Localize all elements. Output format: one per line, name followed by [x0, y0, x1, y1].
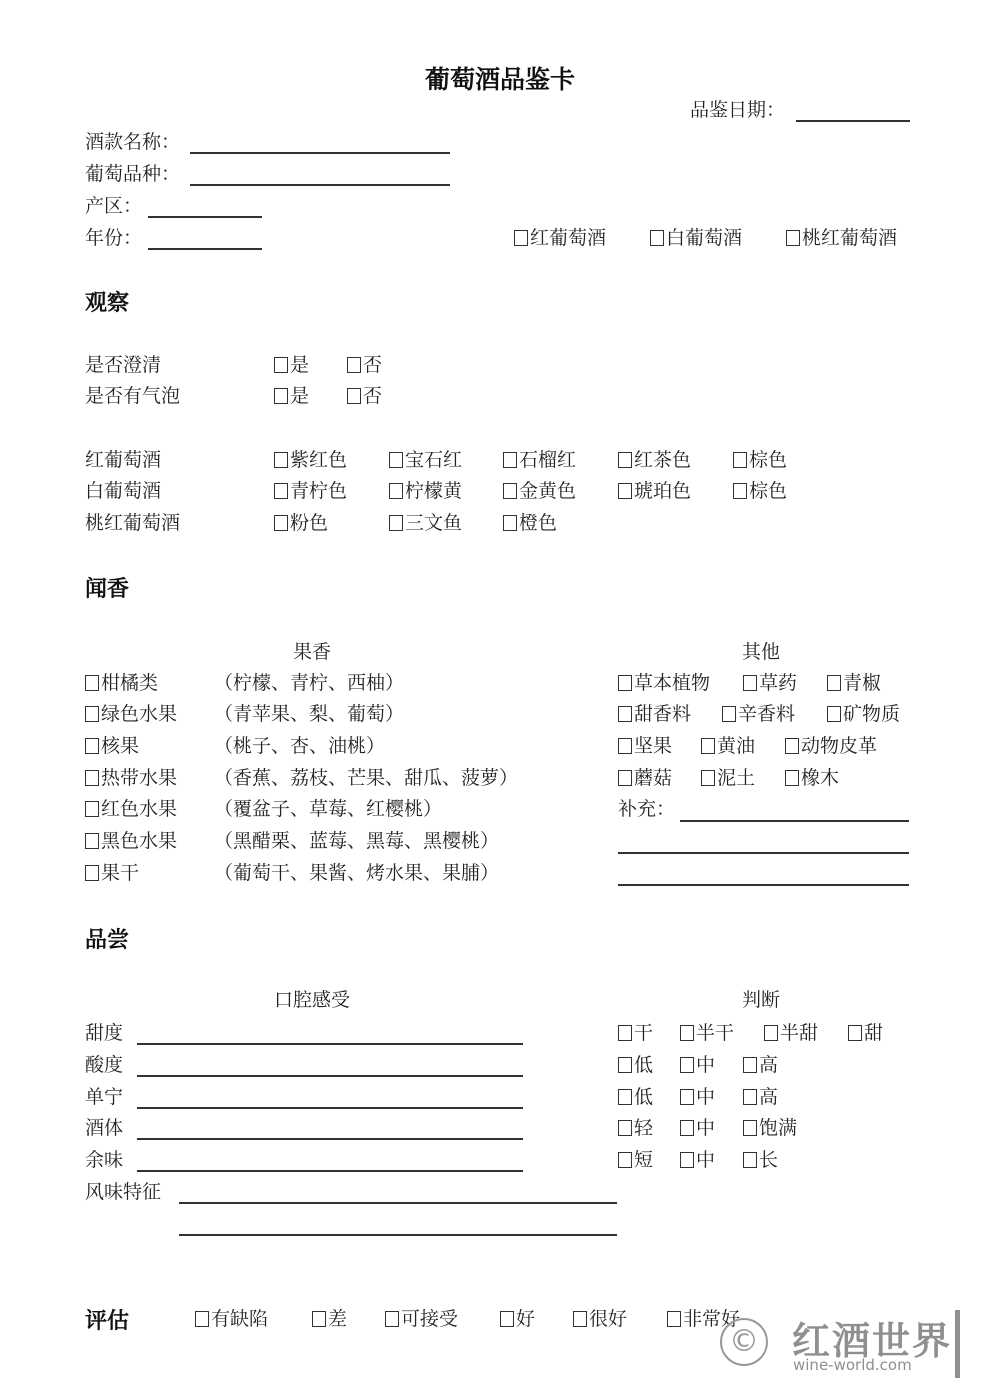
red-wine-color-label: 红葡萄酒 [85, 448, 161, 472]
checkbox-other-aroma[interactable]: 橡木 [785, 766, 839, 790]
other-aroma-title: 其他 [742, 640, 780, 664]
white-wine-color-label: 白葡萄酒 [85, 479, 161, 503]
checkbox-body-option[interactable]: 中 [680, 1116, 715, 1140]
checkbox-icon [722, 706, 736, 722]
supplement-field-1[interactable] [680, 820, 909, 822]
checkbox-other-aroma[interactable]: 辛香料 [722, 702, 795, 726]
checkbox-icon [785, 770, 799, 786]
checkbox-color-option[interactable]: 橙色 [503, 511, 557, 535]
checkbox-icon [785, 738, 799, 754]
checkbox-assess-option[interactable]: 有缺陷 [195, 1307, 268, 1331]
region-label: 产区： [85, 194, 142, 218]
checkbox-icon [618, 1089, 632, 1105]
watermark-bar [955, 1310, 960, 1378]
checkbox-icon [274, 452, 288, 468]
fruit-examples: （香蕉、荔枝、芒果、甜瓜、菠萝） [214, 766, 518, 790]
checkbox-color-option[interactable]: 紫红色 [274, 448, 347, 472]
checkbox-icon [764, 1025, 778, 1041]
sweetness-field[interactable] [137, 1043, 523, 1045]
tannin-label: 单宁 [85, 1085, 123, 1109]
tasting-date-field[interactable] [796, 120, 910, 122]
checkbox-color-option[interactable]: 三文鱼 [389, 511, 462, 535]
checkbox-fruit-category[interactable]: 红色水果 [85, 797, 177, 821]
checkbox-fruit-category[interactable]: 核果 [85, 734, 139, 758]
mouthfeel-title: 口腔感受 [274, 988, 350, 1012]
checkbox-assess-option[interactable]: 好 [500, 1307, 535, 1331]
checkbox-icon [85, 738, 99, 754]
wine-name-label: 酒款名称： [85, 130, 180, 154]
section-heading-observe: 观察 [85, 286, 129, 317]
checkbox-icon [618, 738, 632, 754]
checkbox-red-wine[interactable]: 红葡萄酒 [514, 226, 606, 250]
fruit-examples: （覆盆子、草莓、红樱桃） [214, 797, 442, 821]
checkbox-other-aroma[interactable]: 草药 [743, 671, 797, 695]
checkbox-other-aroma[interactable]: 动物皮革 [785, 734, 877, 758]
checkbox-white-wine[interactable]: 白葡萄酒 [650, 226, 742, 250]
acidity-label: 酸度 [85, 1053, 123, 1077]
checkbox-icon [618, 1057, 632, 1073]
checkbox-icon [743, 1057, 757, 1073]
checkbox-icon [85, 865, 99, 881]
checkbox-finish-option[interactable]: 中 [680, 1148, 715, 1172]
checkbox-icon [503, 483, 517, 499]
checkbox-icon [274, 357, 288, 373]
checkbox-icon [743, 1089, 757, 1105]
checkbox-assess-option[interactable]: 差 [312, 1307, 347, 1331]
checkbox-fruit-category[interactable]: 绿色水果 [85, 702, 177, 726]
page-title: 葡萄酒品鉴卡 [0, 60, 1000, 96]
checkbox-icon [514, 230, 528, 246]
checkbox-icon [389, 515, 403, 531]
checkbox-tannin-option[interactable]: 中 [680, 1085, 715, 1109]
checkbox-icon [680, 1057, 694, 1073]
checkbox-bubbles-yes[interactable]: 是 [274, 384, 309, 408]
checkbox-color-option[interactable]: 棕色 [733, 448, 787, 472]
checkbox-other-aroma[interactable]: 黄油 [701, 734, 755, 758]
checkbox-other-aroma[interactable]: 矿物质 [827, 702, 900, 726]
checkbox-body-option[interactable]: 轻 [618, 1116, 653, 1140]
checkbox-color-option[interactable]: 宝石红 [389, 448, 462, 472]
checkbox-other-aroma[interactable]: 坚果 [618, 734, 672, 758]
checkbox-body-option[interactable]: 饱满 [743, 1116, 797, 1140]
checkbox-icon [347, 388, 361, 404]
checkbox-icon [701, 770, 715, 786]
region-field[interactable] [148, 216, 262, 218]
checkbox-icon [503, 452, 517, 468]
tannin-field[interactable] [137, 1107, 523, 1109]
section-heading-assess: 评估 [85, 1304, 129, 1335]
judgement-title: 判断 [742, 988, 780, 1012]
checkbox-fruit-category[interactable]: 果干 [85, 861, 139, 885]
checkbox-color-option[interactable]: 青柠色 [274, 479, 347, 503]
fruit-examples: （桃子、杏、油桃） [214, 734, 385, 758]
checkbox-icon [827, 706, 841, 722]
checkbox-icon [848, 1025, 862, 1041]
checkbox-icon [743, 675, 757, 691]
checkbox-color-option[interactable]: 石榴红 [503, 448, 576, 472]
checkbox-other-aroma[interactable]: 泥土 [701, 766, 755, 790]
tasting-date-label: 品鉴日期： [690, 98, 785, 122]
checkbox-icon [743, 1152, 757, 1168]
copyright-icon: © [720, 1318, 768, 1366]
checkbox-icon [385, 1311, 399, 1327]
rose-wine-color-label: 桃红葡萄酒 [85, 511, 180, 535]
checkbox-color-option[interactable]: 红茶色 [618, 448, 691, 472]
checkbox-sweetness-option[interactable]: 甜 [848, 1021, 883, 1045]
flavor-field-1[interactable] [179, 1202, 617, 1204]
checkbox-clarity-yes[interactable]: 是 [274, 353, 309, 377]
checkbox-sweetness-option[interactable]: 干 [618, 1021, 653, 1045]
checkbox-icon [618, 483, 632, 499]
checkbox-icon [503, 515, 517, 531]
checkbox-assess-option[interactable]: 可接受 [385, 1307, 458, 1331]
sweetness-label: 甜度 [85, 1021, 123, 1045]
checkbox-icon [85, 801, 99, 817]
checkbox-finish-option[interactable]: 长 [743, 1148, 778, 1172]
grape-variety-label: 葡萄品种： [85, 162, 180, 186]
checkbox-icon [85, 770, 99, 786]
checkbox-icon [618, 770, 632, 786]
watermark-brand-en: wine-world.com [793, 1356, 912, 1374]
checkbox-icon [573, 1311, 587, 1327]
checkbox-sweetness-option[interactable]: 半干 [680, 1021, 734, 1045]
fruit-examples: （黑醋栗、蓝莓、黑莓、黑樱桃） [214, 829, 499, 853]
checkbox-acidity-option[interactable]: 高 [743, 1053, 778, 1077]
checkbox-icon [195, 1311, 209, 1327]
checkbox-icon [389, 452, 403, 468]
supplement-field-2[interactable] [618, 852, 909, 854]
fruit-examples: （青苹果、梨、葡萄） [214, 702, 404, 726]
checkbox-color-option[interactable]: 粉色 [274, 511, 328, 535]
section-heading-smell: 闻香 [85, 572, 129, 603]
checkbox-color-option[interactable]: 琥珀色 [618, 479, 691, 503]
checkbox-fruit-category[interactable]: 热带水果 [85, 766, 177, 790]
supplement-label: 补充： [618, 797, 675, 821]
checkbox-icon [733, 452, 747, 468]
checkbox-icon [786, 230, 800, 246]
checkbox-icon [733, 483, 747, 499]
grape-variety-field[interactable] [190, 184, 450, 186]
fruit-aroma-title: 果香 [293, 640, 331, 664]
checkbox-tannin-option[interactable]: 高 [743, 1085, 778, 1109]
checkbox-color-option[interactable]: 柠檬黄 [389, 479, 462, 503]
checkbox-icon [274, 483, 288, 499]
checkbox-bubbles-no[interactable]: 否 [347, 384, 382, 408]
clarity-label: 是否澄清 [85, 353, 161, 377]
checkbox-icon [85, 675, 99, 691]
checkbox-icon [274, 515, 288, 531]
supplement-field-3[interactable] [618, 884, 909, 886]
checkbox-icon [743, 1120, 757, 1136]
checkbox-icon [618, 706, 632, 722]
checkbox-icon [618, 675, 632, 691]
checkbox-icon [312, 1311, 326, 1327]
body-field[interactable] [137, 1138, 523, 1140]
checkbox-icon [618, 1152, 632, 1168]
body-label: 酒体 [85, 1116, 123, 1140]
checkbox-icon [274, 388, 288, 404]
checkbox-icon [701, 738, 715, 754]
acidity-field[interactable] [137, 1075, 523, 1077]
fruit-examples: （葡萄干、果酱、烤水果、果脯） [214, 861, 499, 885]
checkbox-icon [618, 1120, 632, 1136]
checkbox-color-option[interactable]: 棕色 [733, 479, 787, 503]
fruit-examples: （柠檬、青柠、西柚） [214, 671, 404, 695]
flavor-label: 风味特征 [85, 1180, 161, 1204]
checkbox-other-aroma[interactable]: 青椒 [827, 671, 881, 695]
checkbox-other-aroma[interactable]: 蘑菇 [618, 766, 672, 790]
checkbox-icon [680, 1089, 694, 1105]
checkbox-icon [680, 1152, 694, 1168]
finish-label: 余味 [85, 1148, 123, 1172]
checkbox-icon [347, 357, 361, 373]
checkbox-fruit-category[interactable]: 黑色水果 [85, 829, 177, 853]
checkbox-clarity-no[interactable]: 否 [347, 353, 382, 377]
checkbox-icon [618, 1025, 632, 1041]
checkbox-icon [389, 483, 403, 499]
vintage-label: 年份： [85, 226, 142, 250]
flavor-field-2[interactable] [179, 1234, 617, 1236]
checkbox-icon [650, 230, 664, 246]
section-heading-taste: 品尝 [85, 923, 129, 954]
checkbox-icon [667, 1311, 681, 1327]
checkbox-other-aroma[interactable]: 甜香料 [618, 702, 691, 726]
vintage-field[interactable] [148, 248, 262, 250]
checkbox-icon [827, 675, 841, 691]
checkbox-icon [618, 452, 632, 468]
checkbox-icon [680, 1120, 694, 1136]
checkbox-assess-option[interactable]: 很好 [573, 1307, 627, 1331]
checkbox-tannin-option[interactable]: 低 [618, 1085, 653, 1109]
finish-field[interactable] [137, 1170, 523, 1172]
checkbox-icon [680, 1025, 694, 1041]
checkbox-other-aroma[interactable]: 草本植物 [618, 671, 710, 695]
checkbox-sweetness-option[interactable]: 半甜 [764, 1021, 818, 1045]
checkbox-finish-option[interactable]: 短 [618, 1148, 653, 1172]
checkbox-icon [500, 1311, 514, 1327]
wine-name-field[interactable] [190, 152, 450, 154]
checkbox-fruit-category[interactable]: 柑橘类 [85, 671, 158, 695]
bubbles-label: 是否有气泡 [85, 384, 180, 408]
checkbox-acidity-option[interactable]: 低 [618, 1053, 653, 1077]
checkbox-icon [85, 833, 99, 849]
checkbox-acidity-option[interactable]: 中 [680, 1053, 715, 1077]
checkbox-rose-wine[interactable]: 桃红葡萄酒 [786, 226, 897, 250]
checkbox-color-option[interactable]: 金黄色 [503, 479, 576, 503]
checkbox-icon [85, 706, 99, 722]
